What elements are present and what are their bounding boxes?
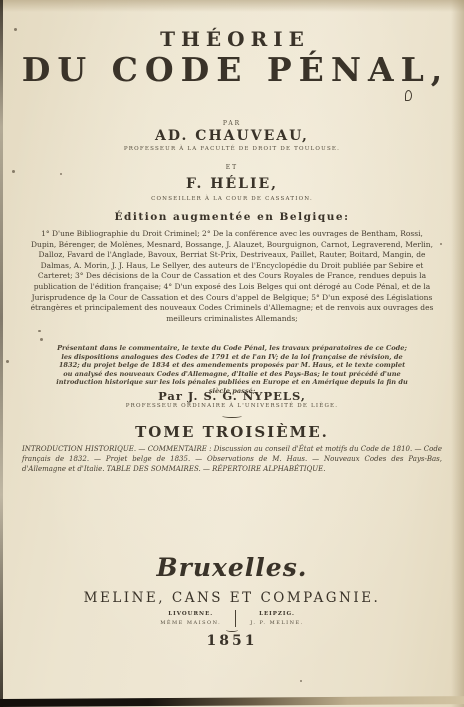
branch-livourne: LIVOURNE. MÊME MAISON.: [160, 611, 221, 626]
volume-heading: TOME TROISIÈME.: [0, 423, 464, 441]
paper-speck: [440, 243, 442, 245]
et-label: ET: [0, 164, 464, 171]
imprint-branches: LIVOURNE. MÊME MAISON. LEIPZIG. J. P. ME…: [0, 610, 464, 627]
paper-speck: [38, 330, 41, 332]
commentary-note-paragraph: Présentant dans le commentaire, le texte…: [54, 344, 410, 396]
imprint-publisher: MELINE, CANS ET COMPAGNIE.: [0, 590, 464, 606]
separator-ornament-icon: [222, 414, 242, 418]
paper-speck: [40, 338, 43, 341]
book-title-page: THÉORIE DU CODE PÉNAL, PAR AD. CHAUVEAU,…: [0, 0, 464, 707]
edition-heading: Édition augmentée en Belgique:: [0, 211, 464, 223]
author-chauveau-role: PROFESSEUR À LA FACULTÉ DE DROIT DE TOUL…: [0, 146, 464, 152]
branch-divider-rule: [235, 610, 236, 627]
branch-leipzig: LEIPZIG. J. P. MELINE.: [250, 611, 304, 626]
ink-blot-mark: [405, 90, 412, 101]
imprint-year: 1851: [0, 633, 464, 649]
branch-livourne-name: MÊME MAISON.: [160, 620, 221, 626]
paper-speck: [300, 680, 302, 682]
book-title-line2: DU CODE PÉNAL,: [0, 50, 464, 89]
editor-nypels: Par J. S. G. NYPELS,: [0, 389, 464, 403]
author-helie-role: CONSEILLER À LA COUR DE CASSATION.: [0, 196, 464, 202]
author-chauveau: AD. CHAUVEAU,: [0, 128, 464, 144]
edition-details-paragraph: 1° D'une Bibliographie du Droit Criminel…: [30, 229, 434, 324]
imprint-city: Bruxelles.: [0, 553, 464, 582]
book-title-line1: THÉORIE: [0, 27, 464, 51]
author-helie: F. HÉLIE,: [0, 176, 464, 192]
page-top-edge-shadow: [0, 0, 464, 12]
editor-nypels-role: PROFESSEUR ORDINAIRE À L'UNIVERSITÉ DE L…: [0, 403, 464, 409]
separator-ornament-icon: [226, 628, 238, 632]
branch-livourne-city: LIVOURNE.: [160, 611, 221, 617]
scan-bottom-edge: [0, 696, 464, 707]
branch-leipzig-city: LEIPZIG.: [250, 611, 304, 617]
paper-speck: [60, 173, 62, 175]
branch-leipzig-name: J. P. MELINE.: [250, 620, 304, 626]
volume-contents-summary: INTRODUCTION HISTORIQUE. — COMMENTAIRE :…: [22, 444, 442, 474]
paper-speck: [6, 360, 9, 363]
par-label: PAR: [0, 120, 464, 127]
